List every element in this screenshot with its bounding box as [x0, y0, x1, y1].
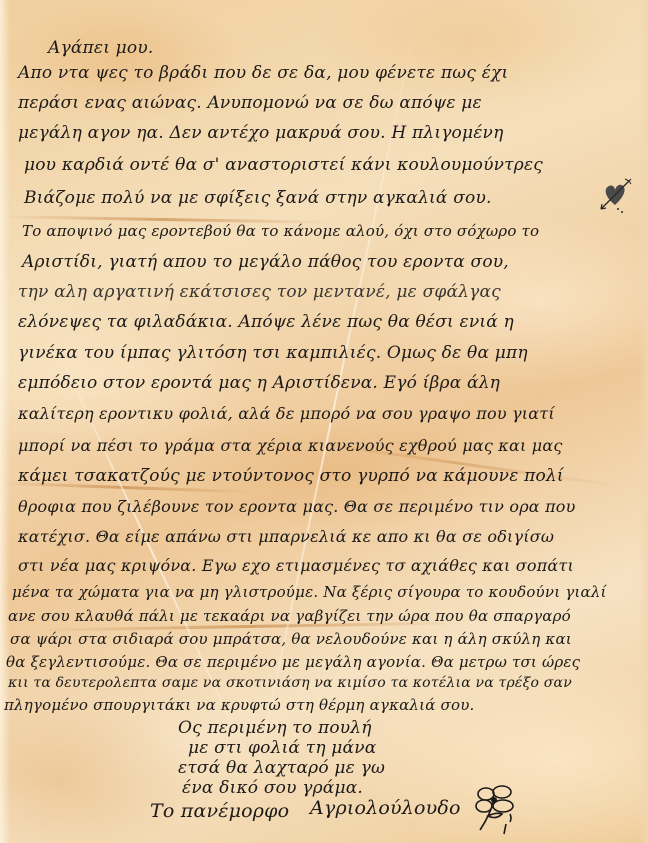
body-line: περάσι ενας αιώνας. Ανυπομονώ να σε δω α… — [18, 93, 482, 113]
flower-icon — [472, 780, 518, 838]
body-line: κιι τα δευτερολεπτα σαμε να σκοτινιάση ν… — [8, 675, 572, 691]
body-line: ελόνεψες τα φιλαδάκια. Απόψε λένε πως θα… — [18, 312, 514, 332]
body-line: σα ψάρι στα σιδιαρά σου μπράτσα, θα νελο… — [10, 630, 572, 648]
body-line: ανε σου κλαυθά πάλι με τεκαάρι να γαβγίζ… — [8, 607, 571, 625]
body-line: πληγομένο σπουργιτάκι να κρυφτώ στη θέρμ… — [4, 696, 474, 714]
body-line: μένα τα χώματα για να μη γλιστρούμε. Να … — [12, 583, 607, 601]
heart-arrow-icon — [595, 175, 635, 215]
body-line: την αλη αργατινή εκάτσισες τον μεντανέ, … — [18, 282, 501, 302]
letter-text: Αγάπει μου. Απο ντα ψες το βράδι που δε … — [0, 0, 648, 843]
body-line: στι νέα μας κριψόνα. Εγω εχο ετιμασμένες… — [18, 556, 574, 575]
body-line: καλίτερη εροντικυ φολιά, αλά δε μπορό να… — [18, 404, 555, 423]
body-line: Απο ντα ψες το βράδι που δε σε δα, μου φ… — [18, 63, 508, 83]
body-line: κάμει τσακατζούς με ντούντονος στο γυρπό… — [18, 466, 564, 486]
body-line: Βιάζομε πολύ να με σφίξεις ξανά στην αγκ… — [24, 188, 492, 208]
body-line: εμπόδειο στον εροντά μας η Αριστίδενα. Ε… — [18, 373, 500, 393]
poem-line: με στι φολιά τη μάνα — [188, 738, 376, 758]
body-line: μπορί να πέσι το γράμα στα χέρια κιανενο… — [18, 436, 563, 455]
body-line: κατέχισ. Θα είμε απάνω στι μπαρνελιά κε … — [18, 527, 554, 546]
body-line: μου καρδιά οντέ θα σ' αναστοριστεί κάνι … — [24, 155, 543, 175]
signature-name: Αγριολούλουδο — [310, 797, 461, 819]
body-line: γινέκα του ίμπας γλιτόση τσι καμπιλιές. … — [18, 343, 528, 363]
poem-line: Ος περιμένη το πουλή — [178, 718, 372, 738]
poem-line: ένα δικό σου γράμα. — [182, 778, 363, 798]
greeting: Αγάπει μου. — [48, 38, 154, 58]
poem-line: ετσά θα λαχταρό με γω — [178, 758, 385, 778]
letter-page: Αγάπει μου. Απο ντα ψες το βράδι που δε … — [0, 0, 648, 843]
body-line: θα ξεγλεντισούμε. Θα σε περιμένο με μεγά… — [6, 653, 580, 671]
body-line: θροφια που ζιλέβουνε τον εροντα μας. Θα … — [18, 497, 576, 516]
body-line: Το αποψινό μας εροντεβού θα το κάνομε αλ… — [22, 222, 539, 240]
body-line: μεγάλη αγον ηα. Δεν αντέχο μακρυά σου. Η… — [18, 123, 503, 143]
signature-prefix: Το πανέμορφο — [150, 800, 289, 822]
body-line: Αριστίδι, γιατή απου το μεγάλο πάθος του… — [22, 252, 509, 272]
